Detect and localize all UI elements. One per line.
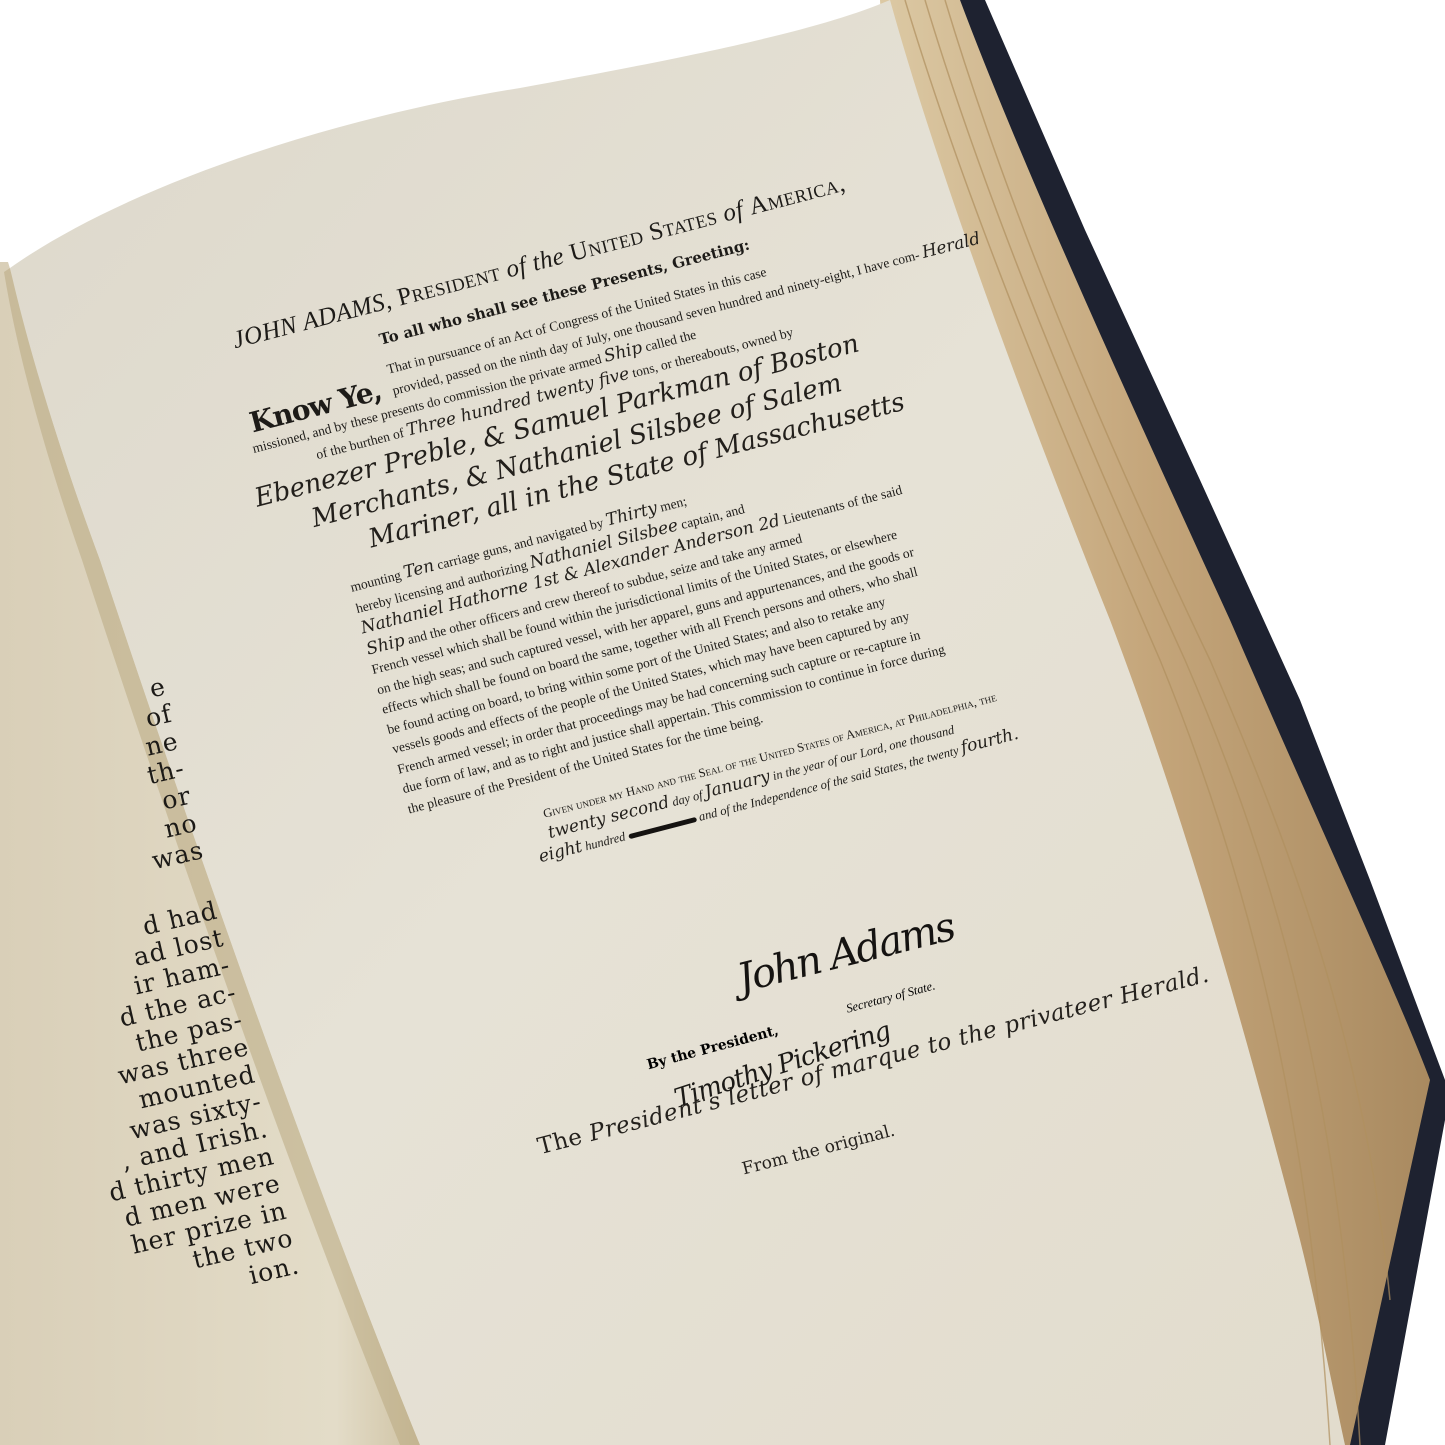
heading-of: of [720,196,747,227]
